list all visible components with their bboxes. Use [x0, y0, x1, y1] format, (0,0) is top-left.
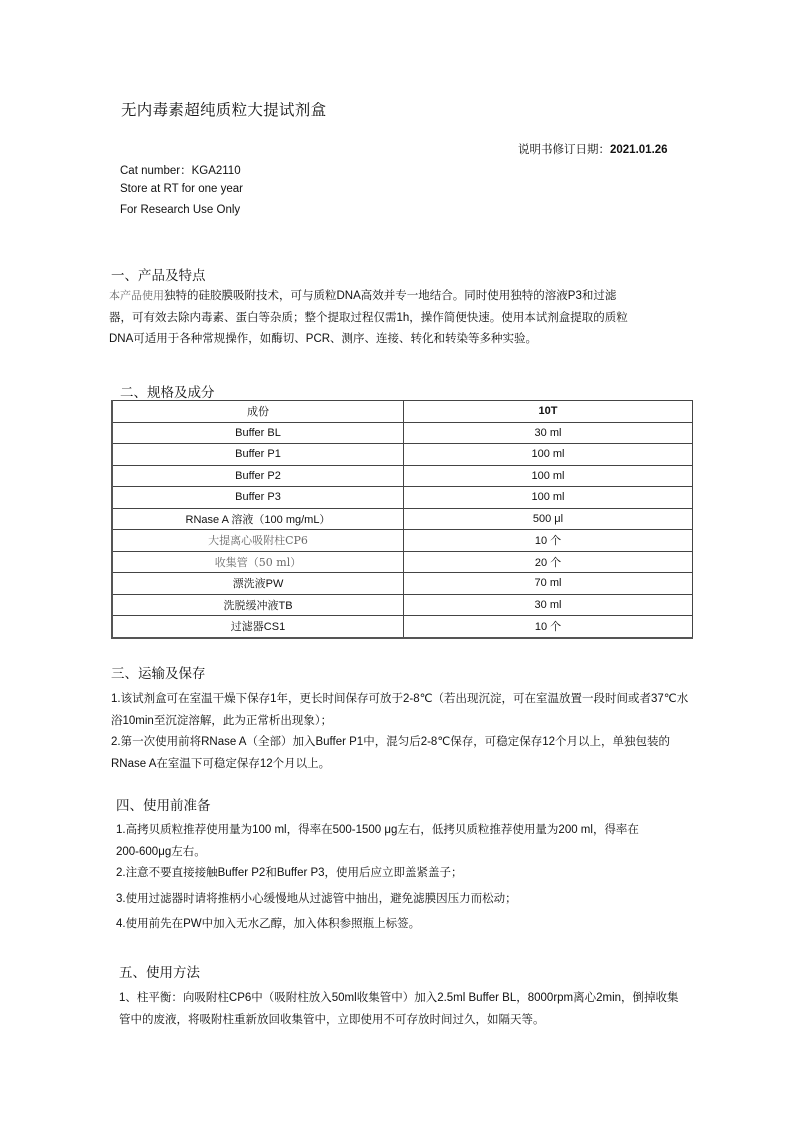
section-heading-usage: 五、使用方法	[119, 961, 200, 981]
component-name: Buffer P3	[112, 487, 404, 509]
paragraph-line: 1、柱平衡：向吸附柱CP6中（吸附柱放入50ml收集管中）加入2.5ml Buf…	[119, 988, 729, 1010]
document-title: 无内毒素超纯质粒大提试剂盒	[121, 98, 326, 120]
paragraph-line: 1.高拷贝质粒推荐使用量为100 ml，得率在500-1500 μg左右，低拷贝…	[116, 820, 716, 842]
components-table: 成份 10T Buffer BL 30 ml Buffer P1 100 ml …	[111, 400, 693, 639]
component-amount: 100 ml	[404, 487, 693, 509]
table-row: Buffer P2 100 ml	[112, 465, 693, 487]
paragraph-line: 200-600μg左右。	[116, 842, 716, 864]
component-amount: 500 μl	[404, 508, 693, 530]
paragraph-line: 器，可有效去除内毒素、蛋白等杂质；整个提取过程仅需1h，操作简便快速。使用本试剂…	[109, 308, 709, 330]
section-heading-storage: 三、运输及保存	[111, 662, 206, 682]
component-name: 过滤器CS1	[112, 616, 404, 638]
component-amount: 20 个	[404, 551, 693, 573]
paragraph-line: 2.注意不要直接接触Buffer P2和Buffer P3，使用后应立即盖紧盖子…	[116, 863, 716, 885]
paragraph-line: 管中的废液，将吸附柱重新放回收集管中，立即使用不可存放时间过久，如隔天等。	[119, 1010, 729, 1032]
component-amount: 100 ml	[404, 465, 693, 487]
table-row: 洗脱缓冲液TB 30 ml	[112, 594, 693, 616]
paragraph-line: 2.第一次使用前将RNase A（全部）加入Buffer P1中，混匀后2-8℃…	[111, 732, 731, 754]
paragraph-line: RNase A在室温下可稳定保存12个月以上。	[111, 754, 731, 776]
table-row: Buffer BL 30 ml	[112, 422, 693, 444]
storage-note: Store at RT for one year	[120, 183, 243, 195]
section-heading-preparation: 四、使用前准备	[116, 794, 211, 814]
lead-text: 本产品使用	[109, 289, 164, 302]
table-row: 大提离心吸附柱CP6 10 个	[112, 530, 693, 552]
component-name: 收集管（50 ml）	[112, 551, 404, 573]
section-preparation-body: 1.高拷贝质粒推荐使用量为100 ml，得率在500-1500 μg左右，低拷贝…	[116, 820, 716, 936]
section-storage-body: 1.该试剂盒可在室温干燥下保存1年，更长时间保存可放于2-8℃（若出现沉淀，可在…	[111, 689, 731, 775]
table-header-row: 成份 10T	[112, 401, 693, 423]
component-amount: 30 ml	[404, 422, 693, 444]
component-amount: 100 ml	[404, 444, 693, 466]
paragraph-line: 3.使用过滤器时请将推柄小心缓慢地从过滤管中抽出，避免滤膜因压力而松动；	[116, 889, 716, 911]
paragraph-line: DNA可适用于各种常规操作，如酶切、PCR、测序、连接、转化和转染等多种实验。	[109, 329, 709, 351]
revision-date: 说明书修订日期：2021.01.26	[518, 141, 668, 157]
component-name: Buffer BL	[112, 422, 404, 444]
section-usage-body: 1、柱平衡：向吸附柱CP6中（吸附柱放入50ml收集管中）加入2.5ml Buf…	[119, 988, 729, 1031]
component-amount: 10 个	[404, 616, 693, 638]
component-name: 洗脱缓冲液TB	[112, 594, 404, 616]
component-name: Buffer P1	[112, 444, 404, 466]
revision-date-value: 2021.01.26	[610, 144, 668, 156]
header-cell-10t: 10T	[404, 401, 693, 423]
table-row: 过滤器CS1 10 个	[112, 616, 693, 638]
table-row: RNase A 溶液（100 mg/mL） 500 μl	[112, 508, 693, 530]
component-amount: 70 ml	[404, 573, 693, 595]
section-features-body: 本产品使用独特的硅胶膜吸附技术，可与质粒DNA高效并专一地结合。同时使用独特的溶…	[109, 285, 709, 351]
table-row: Buffer P3 100 ml	[112, 487, 693, 509]
component-name: 大提离心吸附柱CP6	[112, 530, 404, 552]
revision-date-label: 说明书修订日期：	[518, 144, 610, 156]
cat-number: Cat number：KGA2110	[120, 162, 241, 178]
table-row: 漂洗液PW 70 ml	[112, 573, 693, 595]
usage-note: For Research Use Only	[120, 204, 240, 216]
table-row: Buffer P1 100 ml	[112, 444, 693, 466]
paragraph-line: 4.使用前先在PW中加入无水乙醇，加入体积参照瓶上标签。	[116, 914, 716, 936]
paragraph-line: 本产品使用独特的硅胶膜吸附技术，可与质粒DNA高效并专一地结合。同时使用独特的溶…	[109, 285, 709, 308]
paragraph-line: 1.该试剂盒可在室温干燥下保存1年，更长时间保存可放于2-8℃（若出现沉淀，可在…	[111, 689, 731, 711]
paragraph-line: 浴10min至沉淀溶解，此为正常析出现象）；	[111, 711, 731, 733]
component-name: Buffer P2	[112, 465, 404, 487]
component-name: 漂洗液PW	[112, 573, 404, 595]
component-name: RNase A 溶液（100 mg/mL）	[112, 508, 404, 530]
table-row: 收集管（50 ml） 20 个	[112, 551, 693, 573]
component-amount: 10 个	[404, 530, 693, 552]
section-heading-components: 二、规格及成分	[120, 381, 215, 401]
section-heading-features: 一、产品及特点	[111, 264, 206, 284]
component-amount: 30 ml	[404, 594, 693, 616]
header-cell-component: 成份	[112, 401, 404, 423]
